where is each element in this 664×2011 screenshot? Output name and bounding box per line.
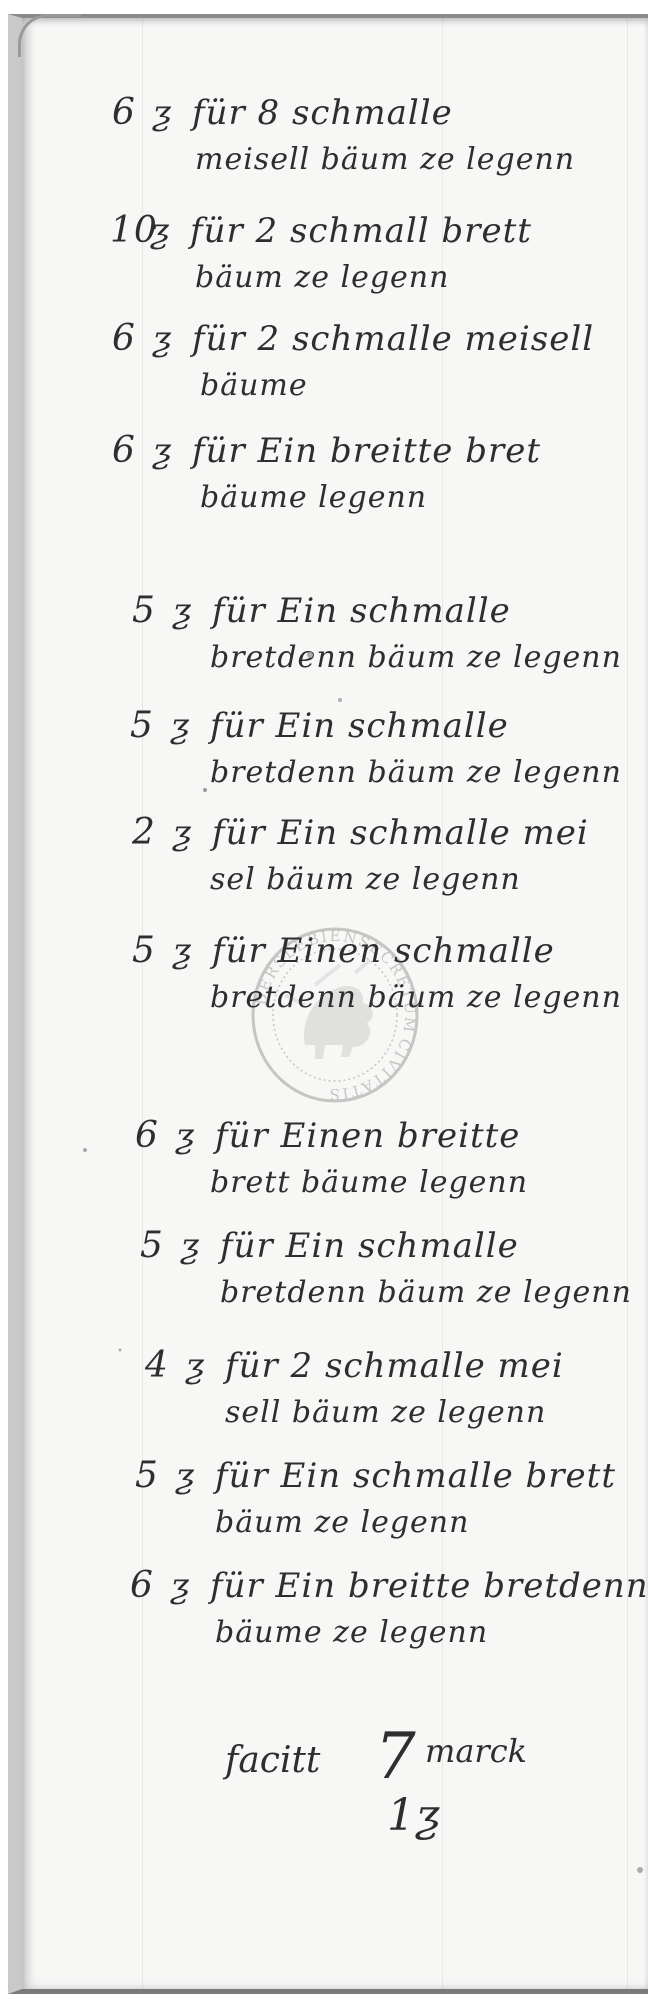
ledger-entry: 6ƺfür 2 schmalle meisellbäume <box>0 318 640 428</box>
entry-description: für Einen breitte <box>215 1116 520 1156</box>
ledger-entry: 5ƺfür Ein schmallebretdenn bäum ze legen… <box>0 705 640 815</box>
entry-unit: ƺ <box>152 93 192 133</box>
entry-amount: 6 <box>112 318 152 359</box>
entry-description-continued: bäume <box>200 368 308 403</box>
ledger-entry: 6ƺfür Ein breitte bretdennbäume ze legen… <box>0 1565 640 1675</box>
entry-unit: ƺ <box>175 1116 215 1156</box>
entry-description: für Ein schmalle <box>212 591 511 631</box>
entry-description-continued: bretdenn bäum ze legenn <box>220 1275 632 1310</box>
entry-amount: 5 <box>132 930 172 971</box>
entry-description-continued: bretdenn bäum ze legenn <box>210 640 622 675</box>
ledger-entry: 6ƺfür Einen breittebrett bäume legenn <box>0 1115 640 1225</box>
entry-description-continued: bäum ze legenn <box>195 260 449 295</box>
entry-amount: 6 <box>130 1565 170 1606</box>
entry-amount: 5 <box>140 1225 180 1266</box>
entry-description-continued: bäume legenn <box>200 480 427 515</box>
entry-first-line: 5ƺfür Ein schmalle <box>132 590 511 631</box>
entry-amount: 6 <box>112 92 152 133</box>
entry-unit: ƺ <box>152 319 192 359</box>
ledger-entry: 5ƺfür Ein schmallebretdenn bäum ze legen… <box>0 1225 640 1335</box>
total-amount: 7 <box>375 1720 416 1794</box>
entry-amount: 6 <box>135 1115 175 1156</box>
entry-unit: ƺ <box>180 1226 220 1266</box>
entry-first-line: 5ƺfür Einen schmalle <box>132 930 555 971</box>
entry-unit: ƺ <box>172 591 212 631</box>
entry-description-continued: bäum ze legenn <box>215 1505 469 1540</box>
entry-first-line: 2ƺfür Ein schmalle mei <box>132 812 589 853</box>
total-label: facitt <box>225 1740 320 1781</box>
entry-unit: ƺ <box>170 706 210 746</box>
entry-description-continued: meisell bäum ze legenn <box>195 142 575 177</box>
entry-unit: ƺ <box>172 931 212 971</box>
entry-description: für 2 schmall brett <box>190 211 532 251</box>
entry-description-continued: bretdenn bäum ze legenn <box>210 980 622 1015</box>
entry-description: für 2 schmalle mei <box>225 1346 564 1386</box>
entry-description: für Ein schmalle <box>210 706 509 746</box>
entry-first-line: 6ƺfür Ein breitte bret <box>112 430 541 471</box>
ledger-entry: 5ƺfür Ein schmalle brettbäum ze legenn <box>0 1455 640 1565</box>
entry-unit: ƺ <box>150 211 190 251</box>
entry-amount: 2 <box>132 812 172 853</box>
entry-description: für 8 schmalle <box>192 93 453 133</box>
entry-unit: ƺ <box>172 813 212 853</box>
total-unit: marck <box>425 1732 527 1770</box>
entry-description-continued: sell bäum ze legenn <box>225 1395 546 1430</box>
entry-first-line: 6ƺfür 8 schmalle <box>112 92 453 133</box>
entry-amount: 4 <box>145 1345 185 1386</box>
entry-description-continued: brett bäume legenn <box>210 1165 528 1200</box>
ledger-total: facitt 7 marck 1ƺ <box>225 1720 625 1840</box>
entry-description: für Ein schmalle mei <box>212 813 589 853</box>
ledger-entry: 10ƺfür 2 schmall brettbäum ze legenn <box>0 210 640 320</box>
ledger-entry: 6ƺfür Ein breitte bretbäume legenn <box>0 430 640 540</box>
ledger-entry: 5ƺfür Einen schmallebretdenn bäum ze leg… <box>0 930 640 1040</box>
entry-description-continued: bäume ze legenn <box>215 1615 488 1650</box>
entry-first-line: 6ƺfür Ein breitte bretdenn <box>130 1565 649 1606</box>
ledger-entry: 2ƺfür Ein schmalle meisel bäum ze legenn <box>0 812 640 922</box>
entry-unit: ƺ <box>175 1456 215 1496</box>
entry-description: für Ein schmalle <box>220 1226 519 1266</box>
entry-unit: ƺ <box>185 1346 225 1386</box>
entry-amount: 10 <box>110 210 150 251</box>
ledger-entry: 5ƺfür Ein schmallebretdenn bäum ze legen… <box>0 590 640 700</box>
entry-first-line: 4ƺfür 2 schmalle mei <box>145 1345 564 1386</box>
ledger-entry: 6ƺfür 8 schmallemeisell bäum ze legenn <box>0 92 640 202</box>
svg-text:CIVITATIS: CIVITATIS <box>328 1036 416 1103</box>
entry-amount: 5 <box>130 705 170 746</box>
entry-description: für Ein breitte bret <box>192 431 541 471</box>
entry-amount: 6 <box>112 430 152 471</box>
ledger-entry: 4ƺfür 2 schmalle meisell bäum ze legenn <box>0 1345 640 1455</box>
entry-first-line: 6ƺfür 2 schmalle meisell <box>112 318 594 359</box>
entry-first-line: 5ƺfür Ein schmalle <box>140 1225 519 1266</box>
entry-description: für 2 schmalle meisell <box>192 319 594 359</box>
entry-unit: ƺ <box>152 431 192 471</box>
entry-first-line: 5ƺfür Ein schmalle brett <box>135 1455 616 1496</box>
page-corner-curl <box>18 14 81 57</box>
entry-first-line: 5ƺfür Ein schmalle <box>130 705 509 746</box>
entry-description-continued: bretdenn bäum ze legenn <box>210 755 622 790</box>
entry-description: für Einen schmalle <box>212 931 555 971</box>
entry-amount: 5 <box>132 590 172 631</box>
entry-description-continued: sel bäum ze legenn <box>210 862 521 897</box>
entry-amount: 5 <box>135 1455 175 1496</box>
entry-unit: ƺ <box>170 1566 210 1606</box>
entry-description: für Ein breitte bretdenn <box>210 1566 649 1606</box>
entry-first-line: 6ƺfür Einen breitte <box>135 1115 520 1156</box>
entry-description: für Ein schmalle brett <box>215 1456 616 1496</box>
entry-first-line: 10ƺfür 2 schmall brett <box>110 210 532 251</box>
total-remainder: 1ƺ <box>387 1790 440 1841</box>
